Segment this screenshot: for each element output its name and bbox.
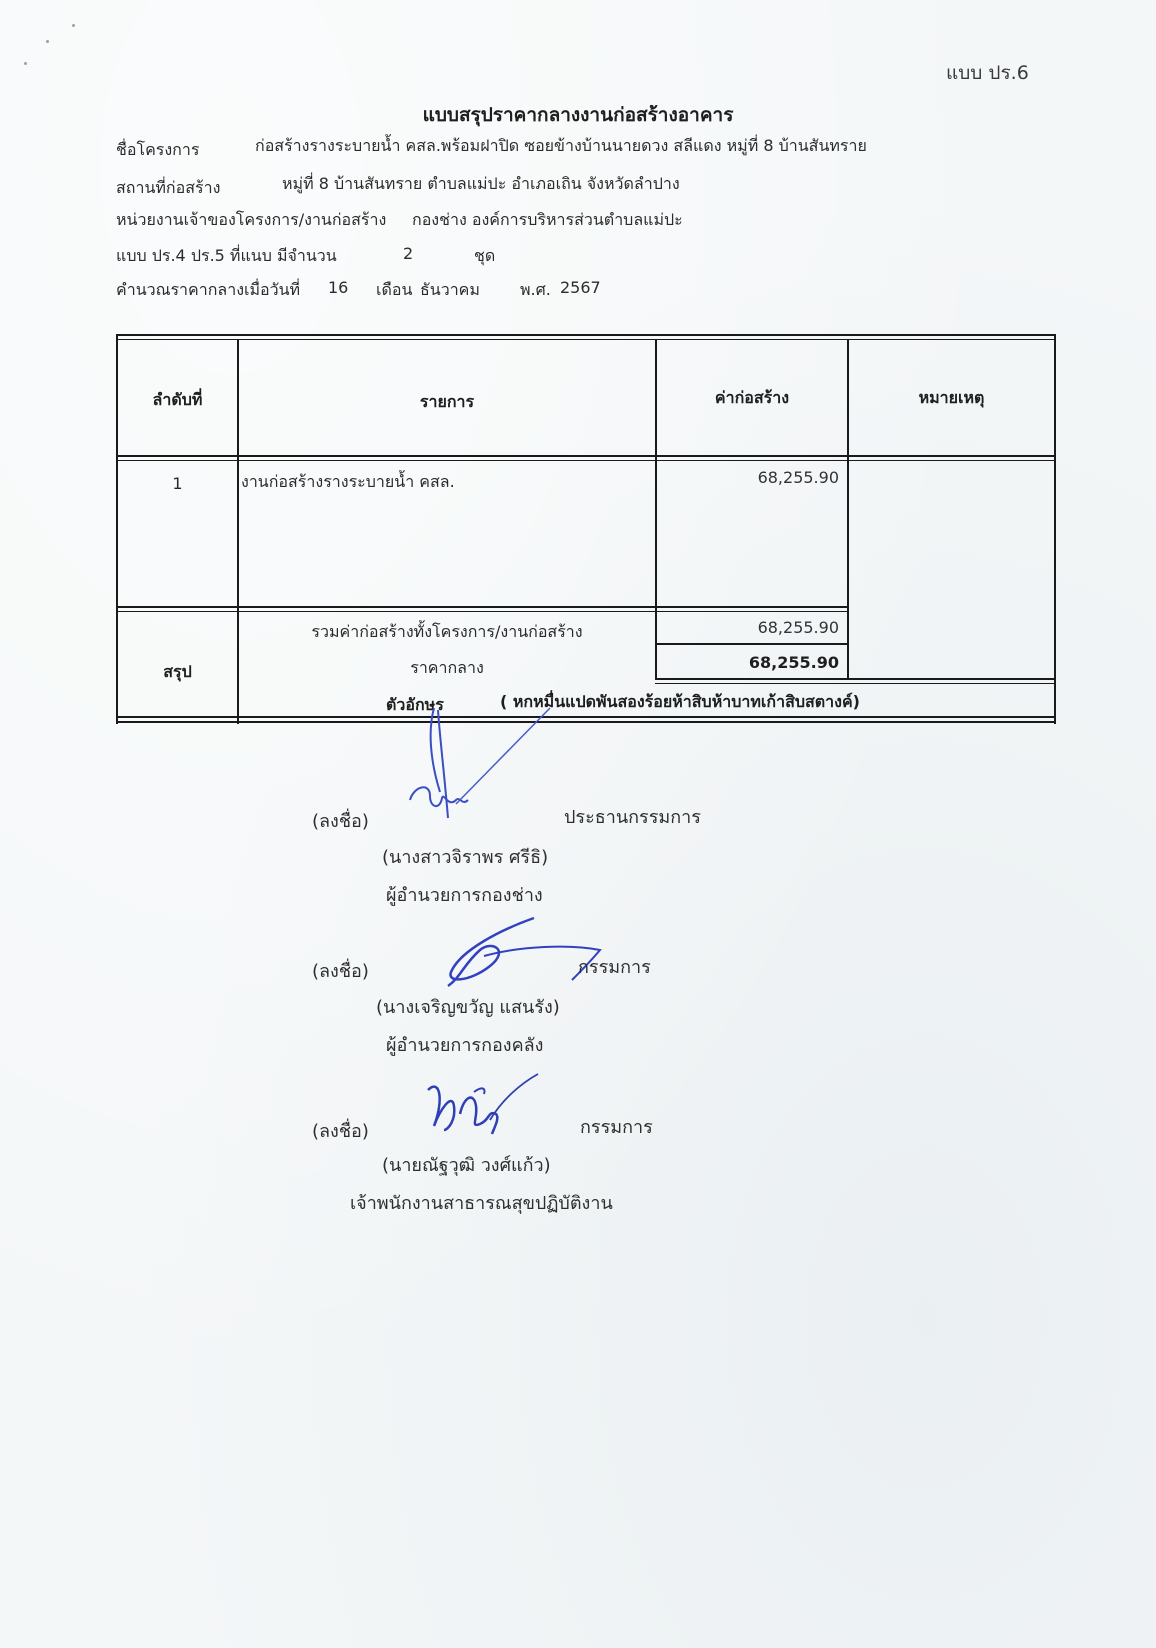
table-border <box>116 606 848 608</box>
table-border <box>116 455 1056 457</box>
row-no: 1 <box>118 474 237 493</box>
table-border <box>116 460 1056 461</box>
summary-total-value: 68,255.90 <box>657 618 839 637</box>
signer-role: ประธานกรรมการ <box>564 802 701 831</box>
table-border <box>655 683 1056 684</box>
signer-position: เจ้าพนักงานสาธารณสุขปฏิบัติงาน <box>350 1188 613 1217</box>
project-label: ชื่อโครงการ <box>116 138 199 163</box>
attachments-unit: ชุด <box>474 244 495 269</box>
summary-median-label: ราคากลาง <box>239 656 655 681</box>
project-value: ก่อสร้างรางระบายน้ำ คสล.พร้อมฝาปิด ซอยข้… <box>255 134 867 159</box>
table-border <box>116 611 848 612</box>
summary-label: สรุป <box>118 660 237 685</box>
scan-speck <box>46 40 49 43</box>
summary-median-value: 68,255.90 <box>657 653 839 672</box>
signer-name: (นางสาวจิราพร ศรีธิ) <box>382 842 548 871</box>
signer-name: (นางเจริญขวัญ แสนรัง) <box>376 992 560 1021</box>
signer-name: (นายณัฐวุฒิ วงศ์แก้ว) <box>382 1150 551 1179</box>
table-border <box>1054 334 1056 724</box>
signer-role: กรรมการ <box>580 1112 653 1141</box>
table-border <box>655 678 1056 680</box>
calc-year: 2567 <box>560 278 601 297</box>
table-border <box>655 643 848 645</box>
calc-month: ธันวาคม <box>420 278 480 303</box>
calc-month-label: เดือน <box>376 278 412 303</box>
sign-label: (ลงชื่อ) <box>312 806 369 835</box>
calc-date-label: คำนวณราคากลางเมื่อวันที่ <box>116 278 300 303</box>
row-cost: 68,255.90 <box>657 468 839 487</box>
header-cost: ค่าก่อสร้าง <box>657 386 847 411</box>
attachments-label: แบบ ปร.4 ปร.5 ที่แนบ มีจำนวน <box>116 244 337 269</box>
signer-position: ผู้อำนวยการกองคลัง <box>386 1030 543 1059</box>
scan-speck <box>72 24 75 27</box>
header-remark: หมายเหตุ <box>849 386 1054 411</box>
signer-role: กรรมการ <box>578 952 651 981</box>
form-code: แบบ ปร.6 <box>946 58 1029 88</box>
signer-position: ผู้อำนวยการกองช่าง <box>386 880 543 909</box>
attachments-count: 2 <box>403 244 413 263</box>
sign-label: (ลงชื่อ) <box>312 956 369 985</box>
location-label: สถานที่ก่อสร้าง <box>116 176 220 201</box>
scanned-page: แบบ ปร.6 แบบสรุปราคากลางงานก่อสร้างอาคาร… <box>0 0 1156 1648</box>
owner-label: หน่วยงานเจ้าของโครงการ/งานก่อสร้าง <box>116 208 386 233</box>
table-border <box>116 339 1056 340</box>
table-border <box>116 334 1056 336</box>
calc-day: 16 <box>328 278 348 297</box>
sign-label: (ลงชื่อ) <box>312 1116 369 1145</box>
scan-speck <box>24 62 27 65</box>
summary-total-label: รวมค่าก่อสร้างทั้งโครงการ/งานก่อสร้าง <box>239 620 655 645</box>
header-no: ลำดับที่ <box>118 388 237 413</box>
calc-year-label: พ.ศ. <box>520 278 551 303</box>
location-value: หมู่ที่ 8 บ้านสันทราย ตำบลแม่ปะ อำเภอเถิ… <box>282 172 680 197</box>
owner-value: กองช่าง องค์การบริหารส่วนตำบลแม่ปะ <box>412 208 683 233</box>
signature-mark <box>420 1070 560 1160</box>
header-item: รายการ <box>239 390 655 415</box>
row-item: งานก่อสร้างรางระบายน้ำ คสล. <box>241 470 455 495</box>
document-title: แบบสรุปราคากลางงานก่อสร้างอาคาร <box>0 100 1156 130</box>
